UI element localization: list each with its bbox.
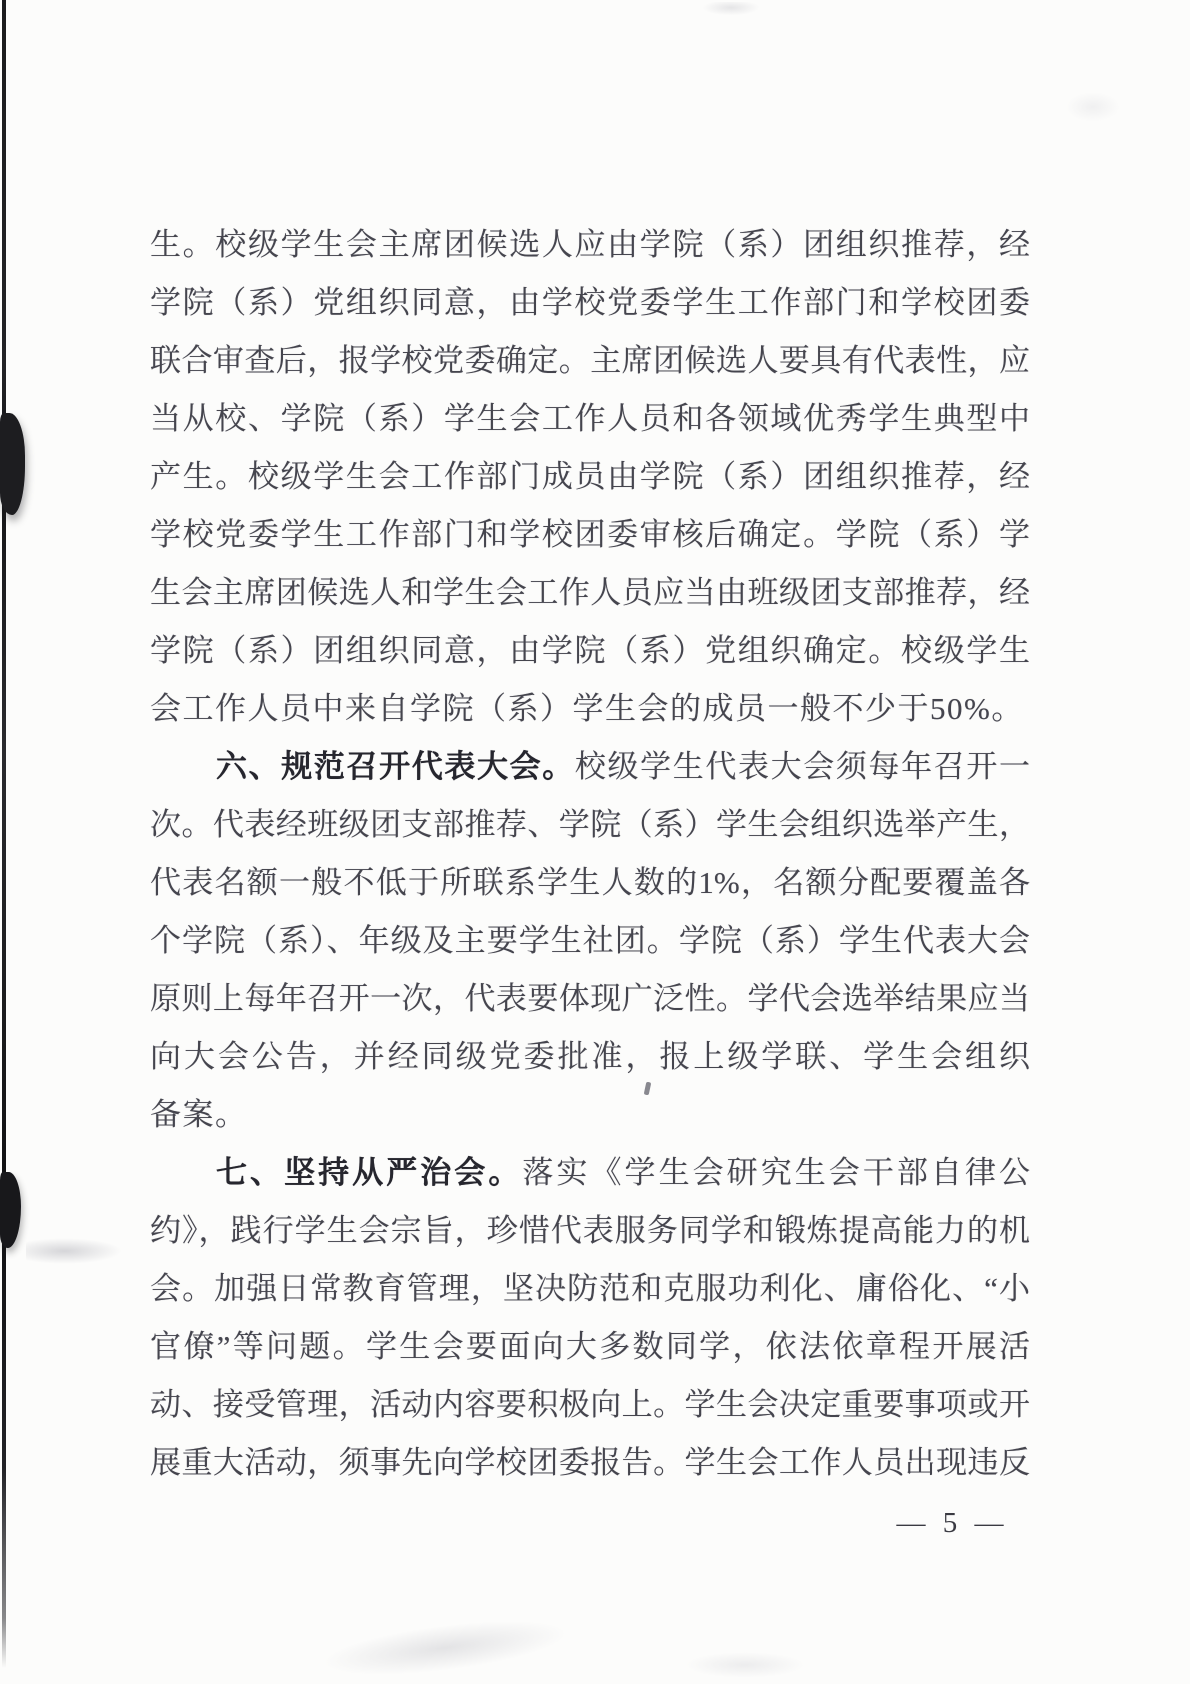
document-body: 生。校级学生会主席团候选人应由学院（系）团组织推荐，经学院（系）党组织同意，由学… — [150, 216, 1030, 1492]
text-run: 校级学生代表大会须每年召开一 — [575, 749, 1030, 784]
text-run: 约》，践行学生会宗旨，珍惜代表服务同学和锻炼提高能力的机 — [150, 1213, 1030, 1248]
text-line: 个学院（系）、年级及主要学生社团。学院（系）学生代表大会 — [150, 912, 1030, 970]
text-run: 落实《学生会研究生会干部自律公 — [522, 1155, 1030, 1190]
text-run: 次。代表经班级团支部推荐、学院（系）学生会组织选举产生， — [150, 807, 1030, 842]
scan-smudge — [26, 1238, 122, 1264]
text-line: 联合审查后，报学校党委确定。主席团候选人要具有代表性，应 — [150, 332, 1030, 390]
scan-edge-blob-upper — [0, 413, 25, 515]
text-line: 七、坚持从严治会。落实《学生会研究生会干部自律公 — [150, 1144, 1030, 1202]
text-line: 六、规范召开代表大会。校级学生代表大会须每年召开一 — [150, 738, 1030, 796]
scan-speck — [700, 2, 762, 16]
text-run: 向大会公告，并经同级党委批准，报上级学联、学生会组织 — [150, 1039, 1030, 1074]
page-number: — 5 — — [850, 1501, 1050, 1545]
scan-smudge — [323, 1612, 567, 1684]
scan-edge-artifact — [2, 0, 6, 1668]
text-run: 联合审查后，报学校党委确定。主席团候选人要具有代表性，应 — [150, 343, 1030, 378]
text-line: 向大会公告，并经同级党委批准，报上级学联、学生会组织 — [150, 1028, 1030, 1086]
text-line: 生会主席团候选人和学生会工作人员应当由班级团支部推荐，经 — [150, 564, 1030, 622]
text-line: 产生。校级学生会工作部门成员由学院（系）团组织推荐，经 — [150, 448, 1030, 506]
scanned-document-page: 生。校级学生会主席团候选人应由学院（系）团组织推荐，经学院（系）党组织同意，由学… — [0, 0, 1190, 1684]
text-line: 动、接受管理，活动内容要积极向上。学生会决定重要事项或开 — [150, 1376, 1030, 1434]
text-run: 生会主席团候选人和学生会工作人员应当由班级团支部推荐，经 — [150, 575, 1030, 610]
heading-run: 七、坚持从严治会。 — [216, 1155, 522, 1191]
text-line: 约》，践行学生会宗旨，珍惜代表服务同学和锻炼提高能力的机 — [150, 1202, 1030, 1260]
text-line: 原则上每年召开一次，代表要体现广泛性。学代会选举结果应当 — [150, 970, 1030, 1028]
text-run: 动、接受管理，活动内容要积极向上。学生会决定重要事项或开 — [150, 1387, 1030, 1422]
text-run: 生。校级学生会主席团候选人应由学院（系）团组织推荐，经 — [150, 227, 1030, 262]
text-line: 会。加强日常教育管理，坚决防范和克服功利化、庸俗化、“小 — [150, 1260, 1030, 1318]
scan-smudge — [1066, 92, 1120, 122]
text-run: 代表名额一般不低于所联系学生人数的1%，名额分配要覆盖各 — [150, 865, 1030, 900]
text-run: 原则上每年召开一次，代表要体现广泛性。学代会选举结果应当 — [150, 981, 1030, 1016]
text-run: 学院（系）团组织同意，由学院（系）党组织确定。校级学生 — [150, 633, 1030, 668]
text-line: 会工作人员中来自学院（系）学生会的成员一般不少于50%。 — [150, 680, 1030, 738]
text-run: 个学院（系）、年级及主要学生社团。学院（系）学生代表大会 — [150, 923, 1030, 958]
text-line: 代表名额一般不低于所联系学生人数的1%，名额分配要覆盖各 — [150, 854, 1030, 912]
text-line: 展重大活动，须事先向学校团委报告。学生会工作人员出现违反 — [150, 1434, 1030, 1492]
text-line: 学院（系）团组织同意，由学院（系）党组织确定。校级学生 — [150, 622, 1030, 680]
text-line: 生。校级学生会主席团候选人应由学院（系）团组织推荐，经 — [150, 216, 1030, 274]
text-line: 官僚”等问题。学生会要面向大多数同学，依法依章程开展活 — [150, 1318, 1030, 1376]
text-run: 产生。校级学生会工作部门成员由学院（系）团组织推荐，经 — [150, 459, 1030, 494]
text-line: 当从校、学院（系）学生会工作人员和各领域优秀学生典型中 — [150, 390, 1030, 448]
text-run: 会。加强日常教育管理，坚决防范和克服功利化、庸俗化、“小 — [150, 1271, 1030, 1306]
text-line: 学校党委学生工作部门和学校团委审核后确定。学院（系）学 — [150, 506, 1030, 564]
text-run: 会工作人员中来自学院（系）学生会的成员一般不少于50%。 — [150, 691, 1024, 726]
scan-smudge — [685, 1652, 805, 1678]
text-run: 备案。 — [150, 1097, 248, 1132]
heading-run: 六、规范召开代表大会。 — [216, 749, 575, 785]
text-line: 备案。 — [150, 1086, 1030, 1144]
text-run: 当从校、学院（系）学生会工作人员和各领域优秀学生典型中 — [150, 401, 1030, 436]
text-line: 次。代表经班级团支部推荐、学院（系）学生会组织选举产生， — [150, 796, 1030, 854]
text-line: 学院（系）党组织同意，由学校党委学生工作部门和学校团委 — [150, 274, 1030, 332]
text-run: 学院（系）党组织同意，由学校党委学生工作部门和学校团委 — [150, 285, 1030, 320]
scan-edge-blob-lower — [0, 1172, 21, 1248]
text-run: 官僚”等问题。学生会要面向大多数同学，依法依章程开展活 — [150, 1329, 1030, 1364]
text-run: 展重大活动，须事先向学校团委报告。学生会工作人员出现违反 — [150, 1445, 1030, 1480]
text-run: 学校党委学生工作部门和学校团委审核后确定。学院（系）学 — [150, 517, 1030, 552]
